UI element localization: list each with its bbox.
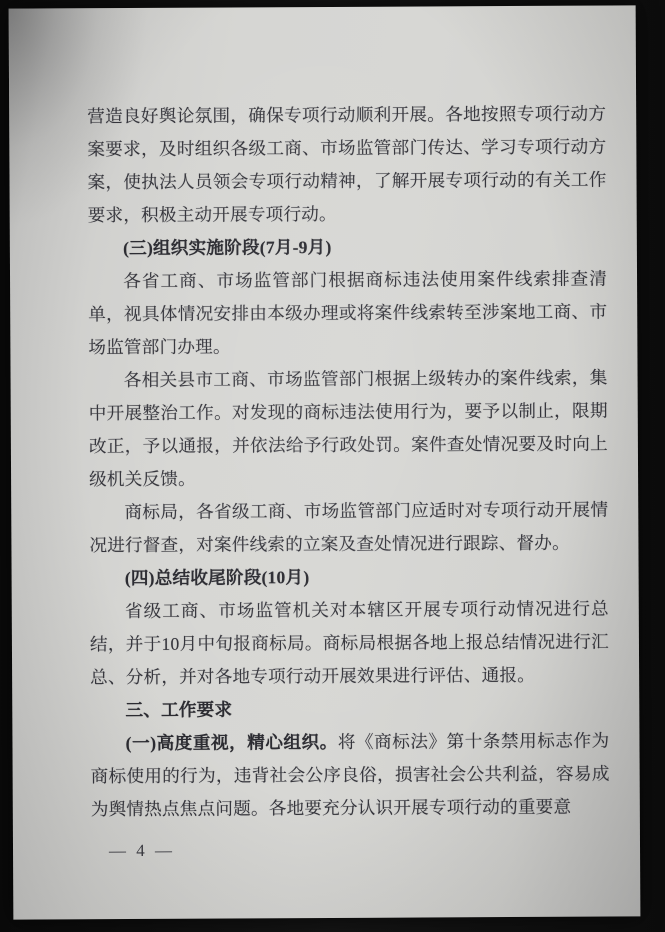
paragraph: 各相关县市工商、市场监管部门根据上级转办的案件线索，集中开展整治工作。对发现的商…: [88, 362, 608, 497]
paragraph: 省级工商、市场监管机关对本辖区开展专项行动情况进行总结，并于10月中旬报商标局。…: [90, 593, 610, 695]
paragraph: 商标局，各省级工商、市场监管部门应适时对专项行动开展情况进行督查，对案件线索的立…: [89, 494, 608, 563]
section-heading-work-requirements: 三、工作要求: [90, 692, 609, 728]
photo-backdrop: 营造良好舆论氛围，确保专项行动顺利开展。各地按照专项行动方案要求，及时组织各级工…: [0, 0, 665, 932]
document-page: 营造良好舆论氛围，确保专项行动顺利开展。各地按照专项行动方案要求，及时组织各级工…: [9, 5, 641, 919]
page-number: — 4 —: [109, 841, 175, 861]
section-heading-stage-3: (三)组织实施阶段(7月-9月): [88, 230, 607, 266]
section-heading-stage-4: (四)总结收尾阶段(10月): [90, 560, 609, 596]
paragraph-continuation: 营造良好舆论氛围，确保专项行动顺利开展。各地按照专项行动方案要求，及时组织各级工…: [87, 98, 607, 233]
page-content: 营造良好舆论氛围，确保专项行动顺利开展。各地按照专项行动方案要求，及时组织各级工…: [87, 98, 610, 827]
paragraph: (一)高度重视，精心组织。将《商标法》第十条禁用标志作为商标使用的行为，违背社会…: [90, 725, 610, 827]
paragraph: 各省工商、市场监管部门根据商标违法使用案件线索排查清单，视具体情况安排由本级办理…: [88, 263, 608, 365]
paragraph-lead: (一)高度重视，精心组织。: [126, 732, 338, 753]
